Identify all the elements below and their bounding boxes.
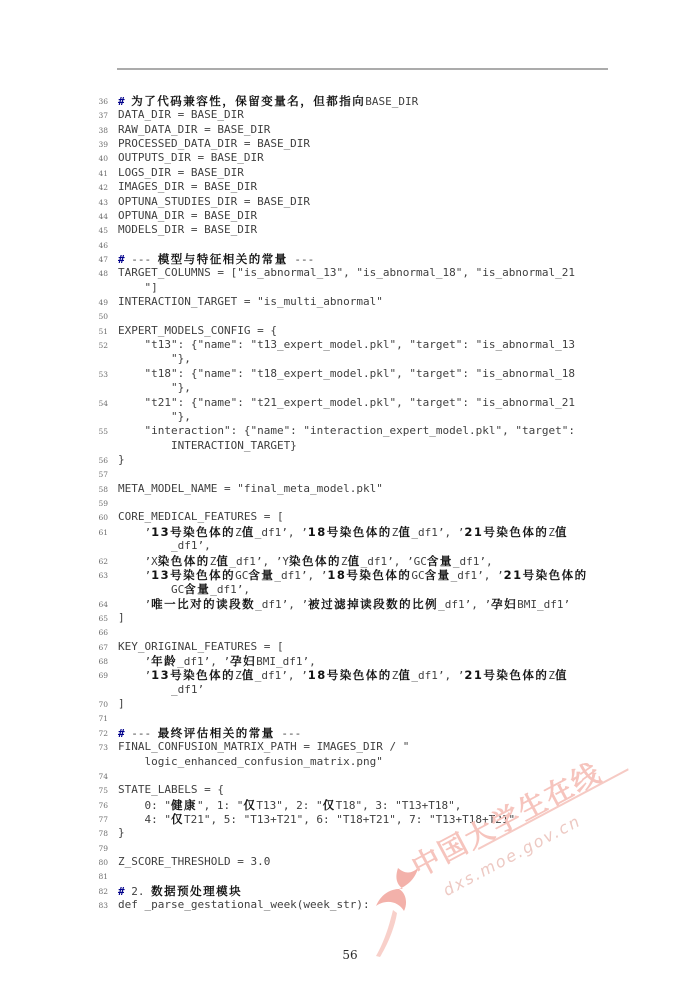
code-line: 57 <box>88 467 588 481</box>
code-line: 41LOGS_DIR = BASE_DIR <box>88 166 588 180</box>
code-text: # 2. 数据预处理模块 <box>118 884 242 898</box>
code-line: 38RAW_DATA_DIR = BASE_DIR <box>88 123 588 137</box>
line-number <box>88 582 108 596</box>
code-line: _df1’ <box>88 683 588 697</box>
code-line: 52 "t13": {"name": "t13_expert_model.pkl… <box>88 338 588 352</box>
line-number: 51 <box>88 324 108 338</box>
line-number: 37 <box>88 108 108 122</box>
code-line: 43OPTUNA_STUDIES_DIR = BASE_DIR <box>88 195 588 209</box>
code-text: OUTPUTS_DIR = BASE_DIR <box>118 151 264 165</box>
line-number: 49 <box>88 295 108 309</box>
code-line: 72# --- 最终评估相关的常量 --- <box>88 726 588 740</box>
line-number: 54 <box>88 396 108 410</box>
line-number: 69 <box>88 668 108 682</box>
code-line: 67KEY_ORIGINAL_FEATURES = [ <box>88 640 588 654</box>
line-number: 67 <box>88 640 108 654</box>
code-line: 45MODELS_DIR = BASE_DIR <box>88 223 588 237</box>
line-number: 65 <box>88 611 108 625</box>
code-line: 40OUTPUTS_DIR = BASE_DIR <box>88 151 588 165</box>
line-number: 70 <box>88 697 108 711</box>
code-line: 75STATE_LABELS = { <box>88 783 588 797</box>
line-number: 63 <box>88 568 108 582</box>
code-text: # 为了代码兼容性，保留变量名，但都指向BASE_DIR <box>118 94 418 108</box>
code-line: 82# 2. 数据预处理模块 <box>88 884 588 898</box>
code-line: 56} <box>88 453 588 467</box>
line-number: 82 <box>88 884 108 898</box>
code-text: OPTUNA_DIR = BASE_DIR <box>118 209 257 223</box>
code-line: 78} <box>88 826 588 840</box>
code-line: GC含量_df1’, <box>88 582 588 596</box>
code-line: 37DATA_DIR = BASE_DIR <box>88 108 588 122</box>
code-text: INTERACTION_TARGET = "is_multi_abnormal" <box>118 295 383 309</box>
code-line: logic_enhanced_confusion_matrix.png" <box>88 755 588 769</box>
line-number: 61 <box>88 525 108 539</box>
code-line: 74 <box>88 769 588 783</box>
code-text: FINAL_CONFUSION_MATRIX_PATH = IMAGES_DIR… <box>118 740 409 754</box>
code-line: 60CORE_MEDICAL_FEATURES = [ <box>88 510 588 524</box>
line-number: 83 <box>88 898 108 912</box>
code-line: "}, <box>88 352 588 366</box>
code-text: _df1’ <box>118 683 204 697</box>
code-line: 81 <box>88 869 588 883</box>
code-line: 48TARGET_COLUMNS = ["is_abnormal_13", "i… <box>88 266 588 280</box>
code-line: 51EXPERT_MODELS_CONFIG = { <box>88 324 588 338</box>
line-number: 45 <box>88 223 108 237</box>
line-number: 77 <box>88 812 108 826</box>
code-line: 68 ’年龄_df1’, ’孕妇BMI_df1’, <box>88 654 588 668</box>
code-text: ’13号染色体的Z值_df1’, ’18号染色体的Z值_df1’, ’21号染色… <box>118 525 568 539</box>
code-text: ’X染色体的Z值_df1’, ’Y染色体的Z值_df1’, ’GC含量_df1’… <box>118 554 493 568</box>
line-number: 62 <box>88 554 108 568</box>
code-line: 42IMAGES_DIR = BASE_DIR <box>88 180 588 194</box>
code-text: EXPERT_MODELS_CONFIG = { <box>118 324 277 338</box>
code-line: INTERACTION_TARGET} <box>88 439 588 453</box>
code-line: 59 <box>88 496 588 510</box>
code-text: RAW_DATA_DIR = BASE_DIR <box>118 123 270 137</box>
code-line: 65] <box>88 611 588 625</box>
code-line: 46 <box>88 238 588 252</box>
code-line: "] <box>88 281 588 295</box>
code-text: ] <box>118 697 125 711</box>
code-text: def _parse_gestational_week(week_str): <box>118 898 370 912</box>
code-line: 71 <box>88 711 588 725</box>
code-line: 80Z_SCORE_THRESHOLD = 3.0 <box>88 855 588 869</box>
line-number: 53 <box>88 367 108 381</box>
line-number: 60 <box>88 510 108 524</box>
code-text: PROCESSED_DATA_DIR = BASE_DIR <box>118 137 310 151</box>
code-line: 79 <box>88 841 588 855</box>
code-text: ’13号染色体的GC含量_df1’, ’18号染色体的GC含量_df1’, ’2… <box>118 568 588 582</box>
line-number: 41 <box>88 166 108 180</box>
code-text: GC含量_df1’, <box>118 582 250 596</box>
line-number: 43 <box>88 195 108 209</box>
code-line: 50 <box>88 309 588 323</box>
code-line: 77 4: "仅T21", 5: "T13+T21", 6: "T18+T21"… <box>88 812 588 826</box>
line-number: 59 <box>88 496 108 510</box>
line-number <box>88 755 108 769</box>
code-text: } <box>118 453 125 467</box>
code-line: 47# --- 模型与特征相关的常量 --- <box>88 252 588 266</box>
line-number <box>88 683 108 697</box>
line-number: 56 <box>88 453 108 467</box>
line-number: 55 <box>88 424 108 438</box>
code-text: IMAGES_DIR = BASE_DIR <box>118 180 257 194</box>
line-number: 57 <box>88 467 108 481</box>
line-number: 71 <box>88 711 108 725</box>
line-number <box>88 539 108 553</box>
code-text: OPTUNA_STUDIES_DIR = BASE_DIR <box>118 195 310 209</box>
code-line: 64 ’唯一比对的读段数_df1’, ’被过滤掉读段数的比例_df1’, ’孕妇… <box>88 597 588 611</box>
line-number <box>88 381 108 395</box>
code-text: MODELS_DIR = BASE_DIR <box>118 223 257 237</box>
document-page: 36# 为了代码兼容性，保留变量名，但都指向BASE_DIR37DATA_DIR… <box>0 0 700 989</box>
code-line: 66 <box>88 625 588 639</box>
code-text: "t13": {"name": "t13_expert_model.pkl", … <box>118 338 575 352</box>
code-text: "t21": {"name": "t21_expert_model.pkl", … <box>118 396 575 410</box>
line-number: 44 <box>88 209 108 223</box>
code-line: _df1’, <box>88 539 588 553</box>
code-line: 54 "t21": {"name": "t21_expert_model.pkl… <box>88 396 588 410</box>
code-line: 44OPTUNA_DIR = BASE_DIR <box>88 209 588 223</box>
line-number: 36 <box>88 94 108 108</box>
line-number: 74 <box>88 769 108 783</box>
code-text: ] <box>118 611 125 625</box>
code-line: 39PROCESSED_DATA_DIR = BASE_DIR <box>88 137 588 151</box>
code-line: 36# 为了代码兼容性，保留变量名，但都指向BASE_DIR <box>88 94 588 108</box>
code-text: } <box>118 826 125 840</box>
line-number: 78 <box>88 826 108 840</box>
code-line: 62 ’X染色体的Z值_df1’, ’Y染色体的Z值_df1’, ’GC含量_d… <box>88 554 588 568</box>
code-text: CORE_MEDICAL_FEATURES = [ <box>118 510 284 524</box>
line-number: 42 <box>88 180 108 194</box>
code-text: DATA_DIR = BASE_DIR <box>118 108 244 122</box>
line-number: 79 <box>88 841 108 855</box>
code-line: 61 ’13号染色体的Z值_df1’, ’18号染色体的Z值_df1’, ’21… <box>88 525 588 539</box>
code-text: LOGS_DIR = BASE_DIR <box>118 166 244 180</box>
code-text: logic_enhanced_confusion_matrix.png" <box>118 755 383 769</box>
line-number: 52 <box>88 338 108 352</box>
code-text: 4: "仅T21", 5: "T13+T21", 6: "T18+T21", 7… <box>118 812 515 826</box>
code-text: "t18": {"name": "t18_expert_model.pkl", … <box>118 367 575 381</box>
code-line: 83def _parse_gestational_week(week_str): <box>88 898 588 912</box>
line-number <box>88 439 108 453</box>
code-text: 0: "健康", 1: "仅T13", 2: "仅T18", 3: "T13+T… <box>118 798 461 812</box>
line-number: 39 <box>88 137 108 151</box>
line-number: 81 <box>88 869 108 883</box>
line-number <box>88 281 108 295</box>
code-line: 69 ’13号染色体的Z值_df1’, ’18号染色体的Z值_df1’, ’21… <box>88 668 588 682</box>
line-number: 64 <box>88 597 108 611</box>
code-text: ’13号染色体的Z值_df1’, ’18号染色体的Z值_df1’, ’21号染色… <box>118 668 568 682</box>
code-text: INTERACTION_TARGET} <box>118 439 297 453</box>
code-text: ’年龄_df1’, ’孕妇BMI_df1’, <box>118 654 316 668</box>
line-number: 73 <box>88 740 108 754</box>
line-number: 50 <box>88 309 108 323</box>
line-number: 75 <box>88 783 108 797</box>
line-number: 76 <box>88 798 108 812</box>
code-text: _df1’, <box>118 539 211 553</box>
code-text: "}, <box>118 352 191 366</box>
code-text: META_MODEL_NAME = "final_meta_model.pkl" <box>118 482 383 496</box>
line-number: 46 <box>88 238 108 252</box>
code-line: "}, <box>88 410 588 424</box>
code-text: "] <box>118 281 158 295</box>
code-line: 49INTERACTION_TARGET = "is_multi_abnorma… <box>88 295 588 309</box>
code-text: # --- 模型与特征相关的常量 --- <box>118 252 314 266</box>
line-number: 58 <box>88 482 108 496</box>
code-line: 70] <box>88 697 588 711</box>
line-number <box>88 352 108 366</box>
line-number <box>88 410 108 424</box>
code-line: 76 0: "健康", 1: "仅T13", 2: "仅T18", 3: "T1… <box>88 798 588 812</box>
code-text: # --- 最终评估相关的常量 --- <box>118 726 301 740</box>
code-text: "}, <box>118 410 191 424</box>
header-rule <box>117 68 608 70</box>
code-line: 58META_MODEL_NAME = "final_meta_model.pk… <box>88 482 588 496</box>
line-number: 47 <box>88 252 108 266</box>
code-text: TARGET_COLUMNS = ["is_abnormal_13", "is_… <box>118 266 575 280</box>
code-text: KEY_ORIGINAL_FEATURES = [ <box>118 640 284 654</box>
page-number: 56 <box>0 948 700 962</box>
line-number: 80 <box>88 855 108 869</box>
code-text: ’唯一比对的读段数_df1’, ’被过滤掉读段数的比例_df1’, ’孕妇BMI… <box>118 597 570 611</box>
line-number: 38 <box>88 123 108 137</box>
line-number: 68 <box>88 654 108 668</box>
code-line: 73FINAL_CONFUSION_MATRIX_PATH = IMAGES_D… <box>88 740 588 754</box>
code-line: 55 "interaction": {"name": "interaction_… <box>88 424 588 438</box>
code-text: "interaction": {"name": "interaction_exp… <box>118 424 575 438</box>
code-line: "}, <box>88 381 588 395</box>
line-number: 48 <box>88 266 108 280</box>
code-line: 63 ’13号染色体的GC含量_df1’, ’18号染色体的GC含量_df1’,… <box>88 568 588 582</box>
code-listing: 36# 为了代码兼容性，保留变量名，但都指向BASE_DIR37DATA_DIR… <box>88 94 588 912</box>
line-number: 72 <box>88 726 108 740</box>
line-number: 66 <box>88 625 108 639</box>
code-line: 53 "t18": {"name": "t18_expert_model.pkl… <box>88 367 588 381</box>
code-text: STATE_LABELS = { <box>118 783 224 797</box>
line-number: 40 <box>88 151 108 165</box>
code-text: "}, <box>118 381 191 395</box>
code-text: Z_SCORE_THRESHOLD = 3.0 <box>118 855 270 869</box>
